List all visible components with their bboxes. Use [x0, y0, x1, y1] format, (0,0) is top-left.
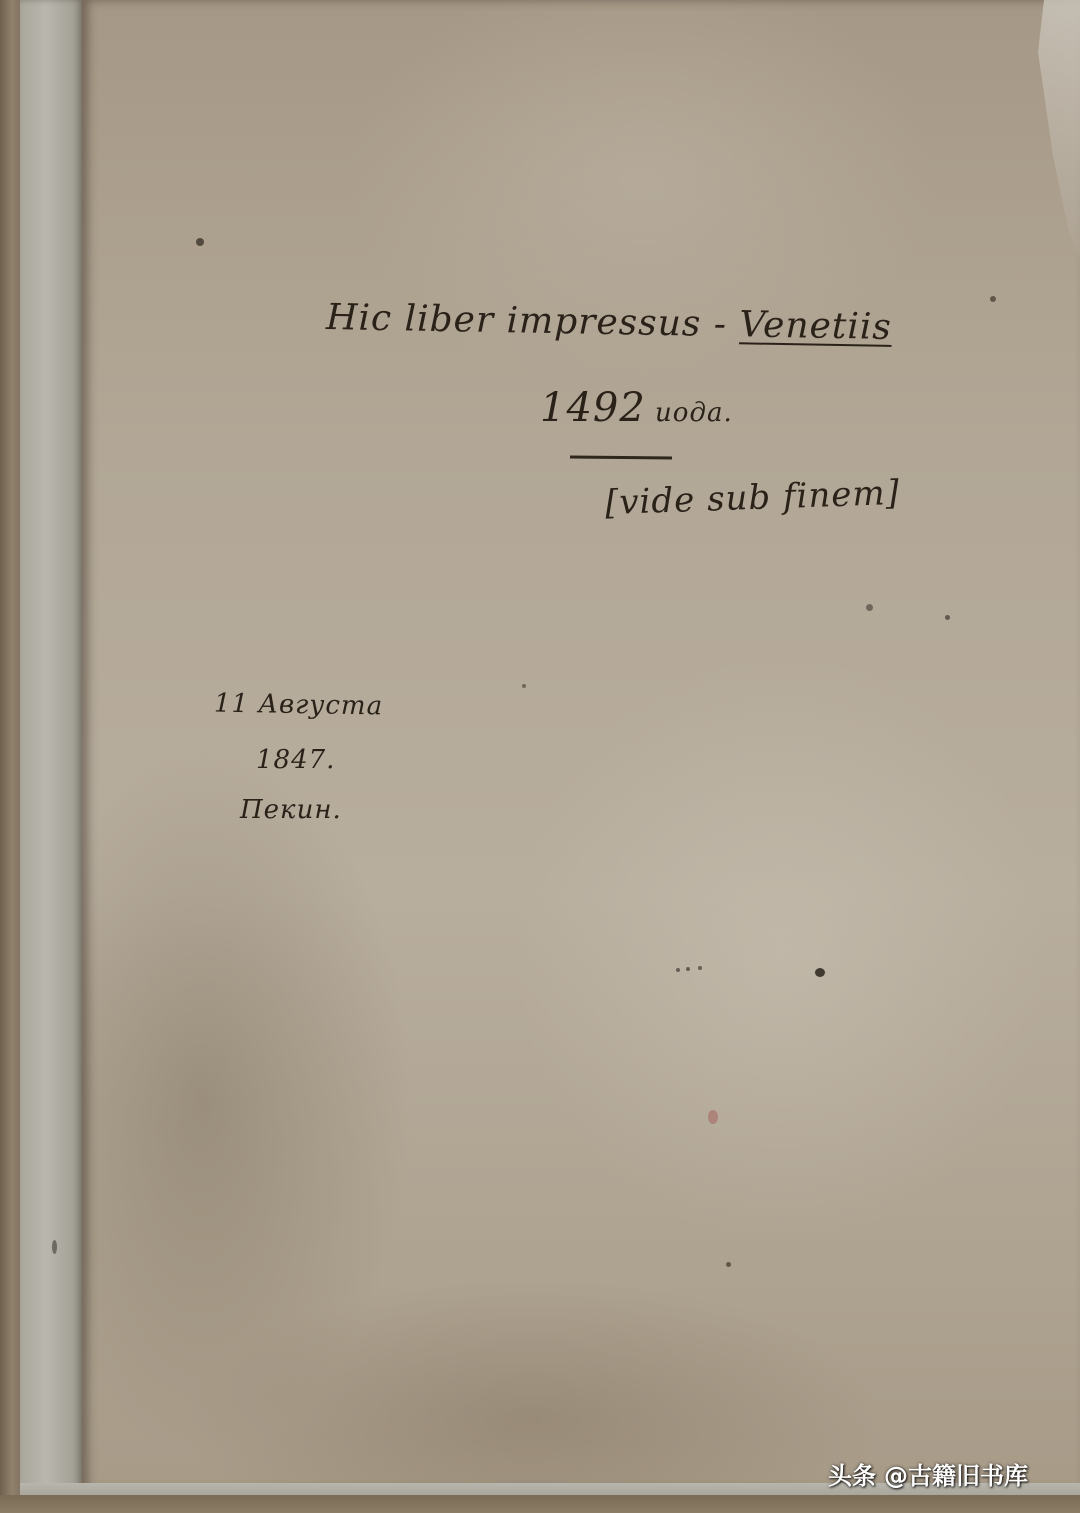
- foxing-spot: [945, 615, 950, 620]
- inscription-venetiis: Venetiis: [739, 304, 892, 348]
- toutiao-watermark: 头条@古籍旧书库: [828, 1456, 1028, 1491]
- foxing-spot: [698, 966, 702, 970]
- inscription-year-suffix: иода.: [646, 398, 733, 428]
- foxing-spot: [676, 968, 680, 972]
- foxing-spot: [196, 238, 204, 246]
- watermark-platform: 头条: [828, 1462, 876, 1490]
- foxing-spot: [866, 604, 873, 611]
- foxing-spot: [52, 1240, 57, 1254]
- inscription-line-2: 1492 иода.: [540, 385, 733, 431]
- inscription-place: Пекин.: [240, 795, 342, 825]
- foxing-spot: [686, 967, 690, 971]
- spine-paper-strip: [20, 0, 84, 1495]
- page-corner-stain: [1020, 0, 1080, 260]
- foxing-spot: [815, 968, 825, 977]
- flyleaf-page: [82, 0, 1080, 1490]
- foxing-spot: [990, 296, 996, 302]
- book-binding-bottom: [0, 1495, 1080, 1513]
- red-stain-spot: [708, 1110, 718, 1124]
- inscription-line-1-prefix: Hic liber impressus -: [326, 297, 740, 345]
- inscription-year: 1492: [540, 385, 646, 431]
- inscription-date: 11 Августа: [214, 689, 384, 722]
- inscription-date-year: 1847.: [256, 745, 335, 775]
- foxing-spot: [522, 684, 526, 688]
- foxing-spot: [726, 1262, 731, 1267]
- watermark-account: @古籍旧书库: [884, 1462, 1028, 1490]
